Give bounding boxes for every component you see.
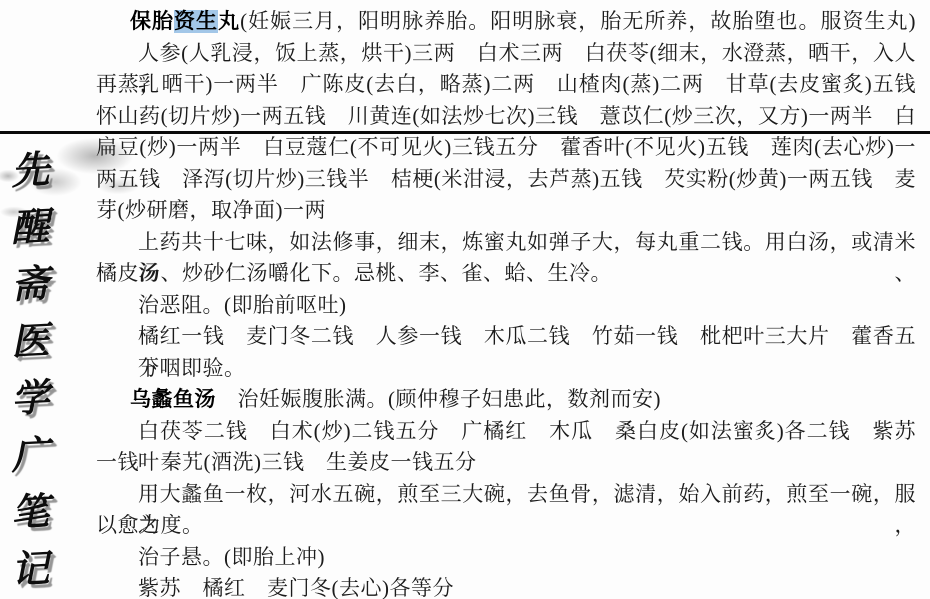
highlighted-text: 资生: [174, 10, 218, 33]
text-line: 两五钱 泽泻(切片炒)三钱半 桔梗(米泔浸，去芦蒸)五钱 芡实粉(炒黄)一两五钱…: [96, 164, 916, 196]
sidebar-char: 醒: [5, 194, 56, 253]
text-line: 保胎资生丸(妊娠三月，阳明脉养胎。阳明脉衰，胎无所养，故胎堕也。服资生丸): [96, 6, 916, 38]
sidebar-title: 先 醒 斋 医 学 广 笔 记: [6, 138, 54, 594]
formula-name-part: 丸: [218, 10, 240, 33]
sidebar-char: 学: [5, 365, 56, 424]
text-line: 白茯苓二钱 白术(炒)二钱五分 广橘红 木瓜 桑白皮(如法蜜炙)各二钱 紫苏叶: [96, 416, 916, 448]
formula-name-wuliyutang: 乌蠡鱼汤: [130, 388, 216, 411]
line-text: 治妊娠腹胀满。(顾仲穆子妇患此，数剂而安): [216, 387, 661, 411]
text-line: 上药共十七味，如法修事，细末，炼蜜丸如弹子大，每丸重二钱。用白汤，或清米汤、: [96, 227, 916, 259]
text-line: 紫苏 橘红 麦门冬(去心)各等分: [96, 573, 916, 599]
sidebar-char: 广: [5, 422, 56, 481]
text-line: 人参(人乳浸，饭上蒸，烘干)三两 白术三两 白茯苓(细末，水澄蒸，晒干，入人乳: [96, 38, 916, 70]
page-root: 先 醒 斋 医 学 广 笔 记 保胎资生丸(妊娠三月，阳明脉养胎。阳明脉衰，胎无…: [0, 0, 930, 599]
formula-name-part: 保胎: [130, 10, 174, 33]
text-line: 治子悬。(即胎上冲): [96, 542, 916, 574]
text-line: 一钱 秦艽(酒洗)三钱 生姜皮一钱五分: [96, 447, 916, 479]
formula-name-baotai-zishengwan: 保胎资生丸: [130, 10, 240, 33]
text-line: 芽(炒研磨，取净面)一两: [96, 195, 916, 227]
text-line: 乌蠡鱼汤 治妊娠腹胀满。(顾仲穆子妇患此，数剂而安): [96, 384, 916, 416]
sidebar-char: 斋: [5, 251, 56, 310]
content-area: 保胎资生丸(妊娠三月，阳明脉养胎。阳明脉衰，胎无所养，故胎堕也。服资生丸) 人参…: [96, 6, 916, 599]
sidebar-char: 先: [5, 137, 56, 196]
line-text: (妊娠三月，阳明脉养胎。阳明脉衰，胎无所养，故胎堕也。服资生丸): [240, 9, 916, 33]
text-line: 下咽即验。: [96, 353, 916, 385]
sidebar-char: 医: [5, 308, 56, 367]
sidebar-char: 笔: [5, 479, 56, 538]
text-line: 扁豆(炒)一两半 白豆蔻仁(不可见火)三钱五分 藿香叶(不见火)五钱 莲肉(去心…: [96, 132, 916, 164]
text-line: 橘红一钱 麦门冬二钱 人参一钱 木瓜二钱 竹茹一钱 枇杷叶三大片 藿香五分: [96, 321, 916, 353]
text-line: 用大蠡鱼一枚，河水五碗，煎至三大碗，去鱼骨，滤清，始入前药，煎至一碗，服之，: [96, 479, 916, 511]
text-line: 再蒸，晒干)一两半 广陈皮(去白，略蒸)二两 山楂肉(蒸)二两 甘草(去皮蜜炙)…: [96, 69, 916, 101]
text-line: 怀山药(切片炒)一两五钱 川黄连(如法炒七次)三钱 薏苡仁(炒三次，又方)一两半…: [96, 101, 916, 133]
text-line: 治恶阻。(即胎前呕吐): [96, 290, 916, 322]
sidebar-char: 记: [5, 536, 56, 595]
